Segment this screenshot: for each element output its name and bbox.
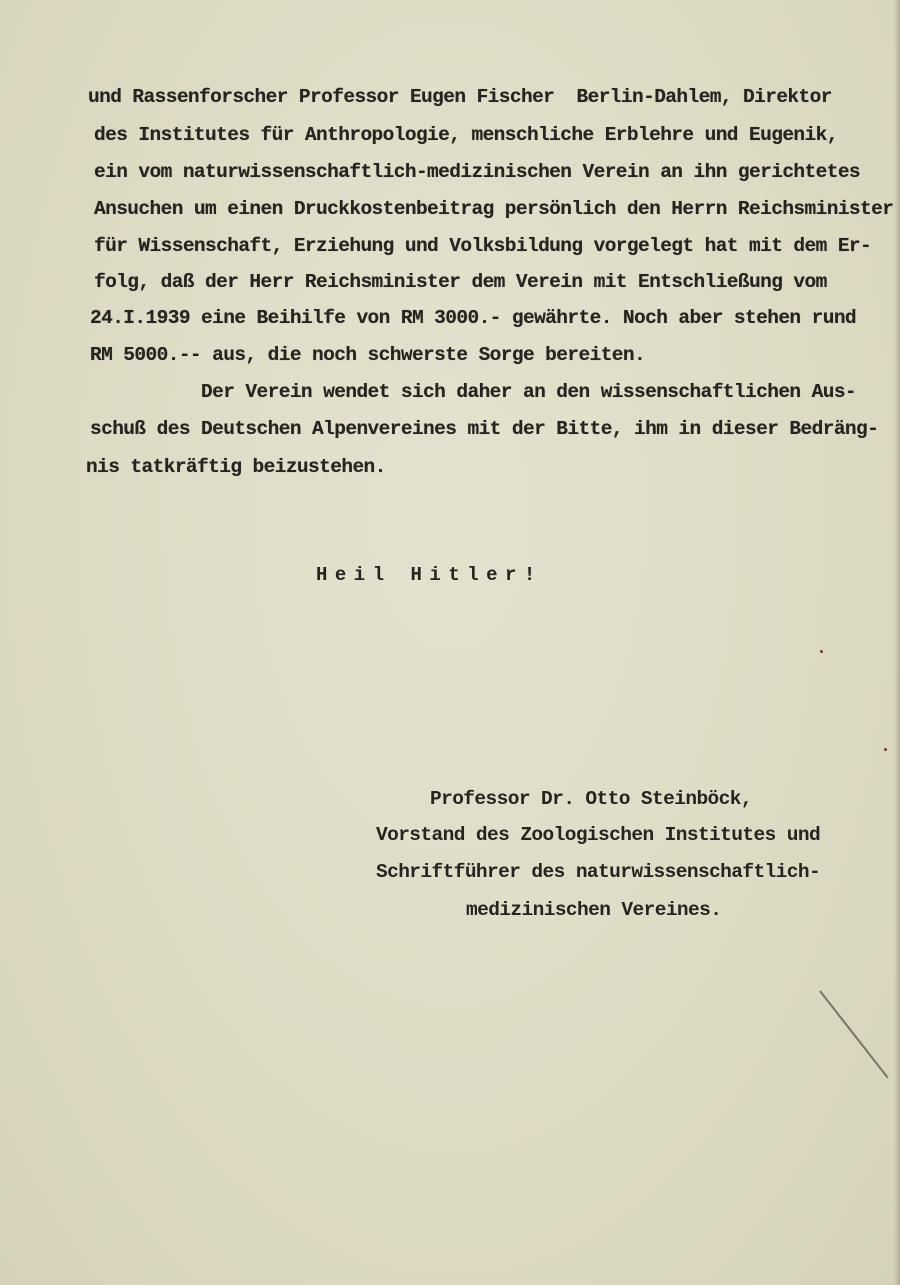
closing-greeting: Heil Hitler! <box>316 564 543 586</box>
body-line-3: ein vom naturwissenschaftlich-medizinisc… <box>94 161 860 183</box>
body-line-5: für Wissenschaft, Erziehung und Volksbil… <box>94 235 871 257</box>
ink-mark <box>820 650 823 653</box>
body-line-10: schuß des Deutschen Alpenvereines mit de… <box>90 418 878 440</box>
body-line-11: nis tatkräftig beizustehen. <box>86 456 386 478</box>
body-line-8: RM 5000.-- aus, die noch schwerste Sorge… <box>90 344 645 366</box>
signature-title-line-2: Schriftführer des naturwissenschaftlich- <box>376 861 820 883</box>
body-line-4: Ansuchen um einen Druckkostenbeitrag per… <box>94 198 893 220</box>
body-line-6: folg, daß der Herr Reichsminister dem Ve… <box>94 271 827 293</box>
paper-crease <box>819 990 888 1078</box>
signature-title-line-1: Vorstand des Zoologischen Institutes und <box>376 824 820 846</box>
document-page: und Rassenforscher Professor Eugen Fisch… <box>0 0 900 1285</box>
body-line-2: des Institutes für Anthropologie, mensch… <box>94 124 838 146</box>
ink-mark <box>884 748 887 751</box>
body-line-1: und Rassenforscher Professor Eugen Fisch… <box>88 86 832 108</box>
body-line-9: Der Verein wendet sich daher an den wiss… <box>90 381 856 403</box>
signature-name: Professor Dr. Otto Steinböck, <box>430 788 752 810</box>
body-line-7: 24.I.1939 eine Beihilfe von RM 3000.- ge… <box>90 307 856 329</box>
signature-title-line-3: medizinischen Vereines. <box>466 899 721 921</box>
